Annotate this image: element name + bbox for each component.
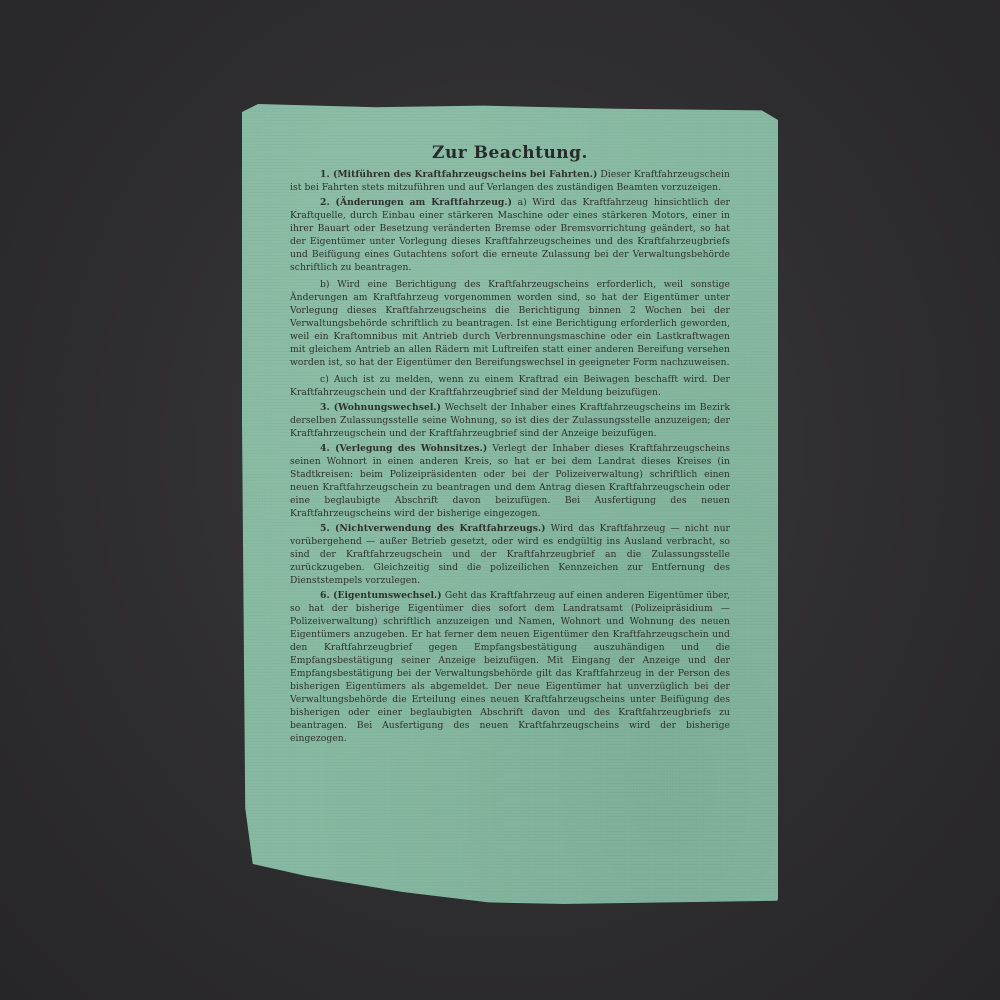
section-text: Verlegt der Inhaber dieses Kraftfahrzeug… (290, 443, 730, 519)
section-text: Geht das Kraftfahrzeug auf einen anderen… (290, 590, 730, 744)
document-page: Zur Beachtung. 1. (Mitführen des Kraftfa… (242, 104, 778, 904)
section-text: c) Auch ist zu melden, wenn zu einem Kra… (290, 374, 730, 398)
section-2c: c) Auch ist zu melden, wenn zu einem Kra… (290, 373, 730, 399)
section-text: a) Wird das Kraftfahrzeug hinsichtlich d… (290, 197, 730, 273)
section-text: b) Wird eine Berichtigung des Kraftfahrz… (290, 279, 730, 368)
section-heading: 5. (Nichtverwendung des Kraftfahrzeugs.) (320, 523, 546, 534)
section-heading: 6. (Eigentumswechsel.) (320, 590, 442, 601)
section-heading: 4. (Verlegung des Wohnsitzes.) (320, 443, 487, 454)
document-title: Zur Beachtung. (290, 142, 730, 164)
section-2b: b) Wird eine Berichtigung des Kraftfahrz… (290, 278, 730, 369)
document-content: Zur Beachtung. 1. (Mitführen des Kraftfa… (290, 142, 730, 747)
section-1: 1. (Mitführen des Kraftfahrzeugscheins b… (290, 168, 730, 194)
section-3: 3. (Wohnungswechsel.) Wechselt der Inhab… (290, 401, 730, 440)
section-2a: 2. (Änderungen am Kraftfahrzeug.) a) Wir… (290, 196, 730, 274)
section-5: 5. (Nichtverwendung des Kraftfahrzeugs.)… (290, 522, 730, 587)
section-6: 6. (Eigentumswechsel.) Geht das Kraftfah… (290, 589, 730, 745)
section-heading: 2. (Änderungen am Kraftfahrzeug.) (320, 197, 512, 208)
section-4: 4. (Verlegung des Wohnsitzes.) Verlegt d… (290, 442, 730, 520)
section-heading: 1. (Mitführen des Kraftfahrzeugscheins b… (320, 169, 597, 180)
section-heading: 3. (Wohnungswechsel.) (320, 402, 441, 413)
